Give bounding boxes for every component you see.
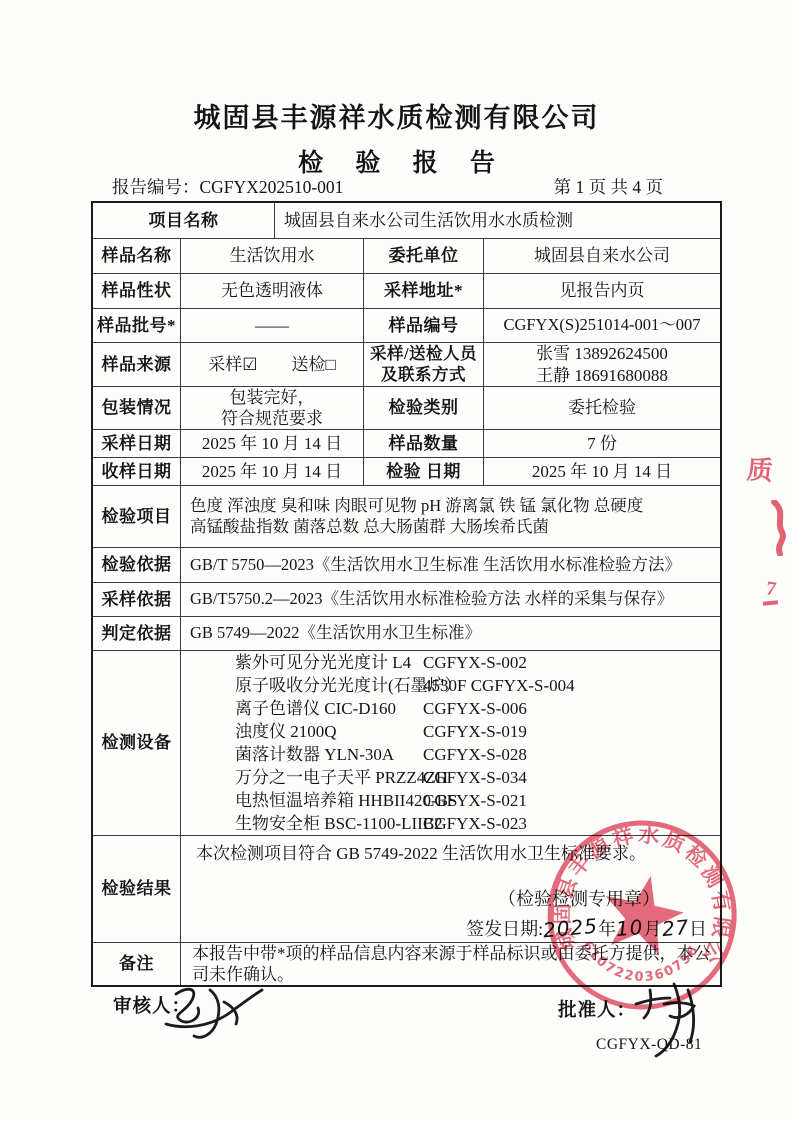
document-code: CGFYX-QD-81 (596, 1036, 702, 1054)
source-value: 采样☑送检□ (180, 343, 363, 386)
row-sampling-date: 采样日期 2025 年 10 月 14 日 样品数量 7 份 (93, 429, 720, 457)
company-seal-stamp: 城固县丰源祥水质检测有限公司 6107220360756 (536, 811, 747, 1022)
batch-value: —— (180, 309, 363, 342)
personnel-label-line2: 及联系方式 (381, 365, 466, 386)
character-value: 无色透明液体 (180, 274, 363, 308)
packaging-line1: 包装完好， (230, 387, 315, 408)
personnel-contact-2: 王静 18691680088 (536, 365, 668, 386)
test-items-line1: 色度 浑浊度 臭和味 肉眼可见物 pH 游离氯 铁 锰 氯化物 总硬度 (190, 496, 643, 517)
project-value: 城固县自来水公司生活饮用水水质检测 (274, 203, 720, 238)
sampling-basis-label: 采样依据 (93, 583, 180, 616)
stamp-fragment-character: 质 (746, 449, 775, 488)
equipment-name: 离子色谱仪 CIC-D160 (235, 697, 423, 720)
test-basis-value: GB/T 5750—2023《生活饮用水卫生标准 生活饮用水标准检验方法》 (180, 548, 720, 582)
sampling-basis-value: GB/T5750.2—2023《生活饮用水标准检验方法 水样的采集与保存》 (180, 583, 720, 616)
row-judgment-basis: 判定依据 GB 5749—2022《生活饮用水卫生标准》 (93, 616, 720, 650)
delivery-option-label: 送检 (291, 355, 325, 374)
issue-date-label: 签发日期: (466, 919, 543, 939)
receive-date-label: 收样日期 (93, 458, 180, 485)
row-sample-name: 样品名称 生活饮用水 委托单位 城固县自来水公司 (93, 238, 720, 273)
stamp-fragment-bar (763, 600, 778, 606)
character-label: 样品性状 (93, 274, 180, 308)
reviewer-signature (158, 980, 268, 1046)
company-title: 城固县丰源祥水质检测有限公司 (0, 96, 793, 135)
test-items-label: 检验项目 (93, 486, 180, 547)
personnel-label-line1: 采样/送检人员 (370, 344, 477, 365)
category-value: 委托检验 (483, 387, 720, 429)
seal-ring-text: 城固县丰源祥水质检测有限公司 (536, 811, 742, 968)
equipment-code: CGFYX-S-006 (423, 697, 527, 720)
checkbox-empty-icon: □ (325, 355, 335, 374)
stamp-fragment-digit: 7 (764, 577, 777, 601)
equipment-item: 万分之一电子天平 PRZZ4ZHCGFYX-S-034 (235, 766, 527, 789)
equipment-name: 电热恒温培养箱 HHBII420-BS (235, 789, 423, 812)
client-value: 城固县自来水公司 (483, 239, 720, 273)
test-basis-label: 检验依据 (93, 548, 180, 582)
packaging-label: 包装情况 (93, 387, 180, 429)
equipment-name: 紫外可见分光光度计 L4 (235, 651, 423, 674)
judgment-basis-label: 判定依据 (93, 617, 180, 650)
test-items-value: 色度 浑浊度 臭和味 肉眼可见物 pH 游离氯 铁 锰 氯化物 总硬度 高锰酸盐… (180, 486, 720, 547)
sample-no-label: 样品编号 (363, 309, 483, 342)
equipment-item: 菌落计数器 YLN-30ACGFYX-S-028 (235, 743, 527, 766)
test-date-value: 2025 年 10 月 14 日 (483, 458, 720, 485)
row-project: 项目名称 城固县自来水公司生活饮用水水质检测 (93, 203, 720, 238)
batch-label: 样品批号* (93, 309, 180, 342)
packaging-line2: 符合规范要求 (221, 408, 323, 429)
equipment-name: 原子吸收分光光度计(石墨炉） (235, 674, 423, 697)
sample-no-value: CGFYX(S)251014-001～007 (483, 309, 720, 342)
equipment-code: CGFYX-S-023 (423, 812, 527, 835)
report-meta-row: 报告编号：CGFYX202510-001 第 1 页 共 4 页 (91, 174, 723, 199)
equipment-item: 原子吸收分光光度计(石墨炉）4530F CGFYX-S-004 (235, 674, 575, 697)
svg-text:城固县丰源祥水质检测有限公司: 城固县丰源祥水质检测有限公司 (536, 811, 742, 968)
equipment-name: 浊度仪 2100Q (235, 720, 423, 743)
report-number-label: 报告编号： (112, 177, 200, 197)
svg-text:6107220360756: 6107220360756 (577, 936, 702, 989)
judgment-basis-value: GB 5749—2022《生活饮用水卫生标准》 (180, 617, 720, 650)
sample-name-value: 生活饮用水 (180, 239, 363, 273)
equipment-item: 紫外可见分光光度计 L4CGFYX-S-002 (235, 651, 527, 674)
row-character: 样品性状 无色透明液体 采样地址* 见报告内页 (93, 273, 720, 308)
category-label: 检验类别 (363, 387, 483, 429)
page-indicator: 第 1 页 共 4 页 (554, 174, 663, 199)
project-label: 项目名称 (93, 203, 274, 238)
address-value: 见报告内页 (483, 274, 720, 308)
sampling-option-label: 采样 (208, 355, 242, 374)
equipment-code: CGFYX-S-002 (423, 651, 527, 674)
equipment-code: CGFYX-S-021 (423, 789, 527, 812)
stamp-fragment-brush-icon (766, 500, 792, 556)
personnel-value: 张雪 13892624500 王静 18691680088 (483, 343, 720, 386)
equipment-code: 4530F CGFYX-S-004 (423, 674, 575, 697)
equipment-name: 万分之一电子天平 PRZZ4ZH (235, 766, 423, 789)
row-equipment: 检测设备 紫外可见分光光度计 L4CGFYX-S-002 原子吸收分光光度计(石… (93, 650, 720, 835)
equipment-item: 生物安全柜 BSC-1100-LIIB2CGFYX-S-023 (235, 812, 527, 835)
test-items-line2: 高锰酸盐指数 菌落总数 总大肠菌群 大肠埃希氏菌 (190, 517, 549, 538)
equipment-item: 电热恒温培养箱 HHBII420-BSCGFYX-S-021 (235, 789, 527, 812)
checkbox-checked-icon: ☑ (242, 355, 257, 374)
sampling-date-label: 采样日期 (93, 430, 180, 457)
report-number-value: CGFYX202510-001 (200, 177, 344, 197)
personnel-contact-1: 张雪 13892624500 (536, 343, 668, 364)
equipment-code: CGFYX-S-034 (423, 766, 527, 789)
client-label: 委托单位 (363, 239, 483, 273)
row-packaging: 包装情况 包装完好， 符合规范要求 检验类别 委托检验 (93, 386, 720, 429)
equipment-label: 检测设备 (93, 651, 180, 835)
seal-serial-number: 6107220360756 (577, 936, 702, 989)
row-source: 样品来源 采样☑送检□ 采样/送检人员 及联系方式 张雪 13892624500… (93, 342, 720, 386)
remark-label: 备注 (93, 943, 180, 985)
sample-name-label: 样品名称 (93, 239, 180, 273)
equipment-item: 浊度仪 2100QCGFYX-S-019 (235, 720, 527, 743)
equipment-item: 离子色谱仪 CIC-D160CGFYX-S-006 (235, 697, 527, 720)
row-receive-date: 收样日期 2025 年 10 月 14 日 检验 日期 2025 年 10 月 … (93, 457, 720, 485)
test-date-label: 检验 日期 (363, 458, 483, 485)
quantity-value: 7 份 (483, 430, 720, 457)
receive-date-value: 2025 年 10 月 14 日 (180, 458, 363, 485)
row-test-basis: 检验依据 GB/T 5750—2023《生活饮用水卫生标准 生活饮用水标准检验方… (93, 547, 720, 582)
sampling-date-value: 2025 年 10 月 14 日 (180, 430, 363, 457)
report-number: 报告编号：CGFYX202510-001 (112, 174, 343, 199)
equipment-name: 菌落计数器 YLN-30A (235, 743, 423, 766)
address-label: 采样地址* (363, 274, 483, 308)
packaging-value: 包装完好， 符合规范要求 (180, 387, 363, 429)
equipment-code: CGFYX-S-028 (423, 743, 527, 766)
seal-star-icon (596, 868, 690, 959)
row-sampling-basis: 采样依据 GB/T5750.2—2023《生活饮用水标准检验方法 水样的采集与保… (93, 582, 720, 616)
equipment-name: 生物安全柜 BSC-1100-LIIB2 (235, 812, 423, 835)
equipment-code: CGFYX-S-019 (423, 720, 527, 743)
row-batch: 样品批号* —— 样品编号 CGFYX(S)251014-001～007 (93, 308, 720, 342)
personnel-label: 采样/送检人员 及联系方式 (363, 343, 483, 386)
source-label: 样品来源 (93, 343, 180, 386)
equipment-list: 紫外可见分光光度计 L4CGFYX-S-002 原子吸收分光光度计(石墨炉）45… (180, 651, 720, 835)
quantity-label: 样品数量 (363, 430, 483, 457)
result-label: 检验结果 (93, 836, 180, 942)
row-test-items: 检验项目 色度 浑浊度 臭和味 肉眼可见物 pH 游离氯 铁 锰 氯化物 总硬度… (93, 485, 720, 547)
